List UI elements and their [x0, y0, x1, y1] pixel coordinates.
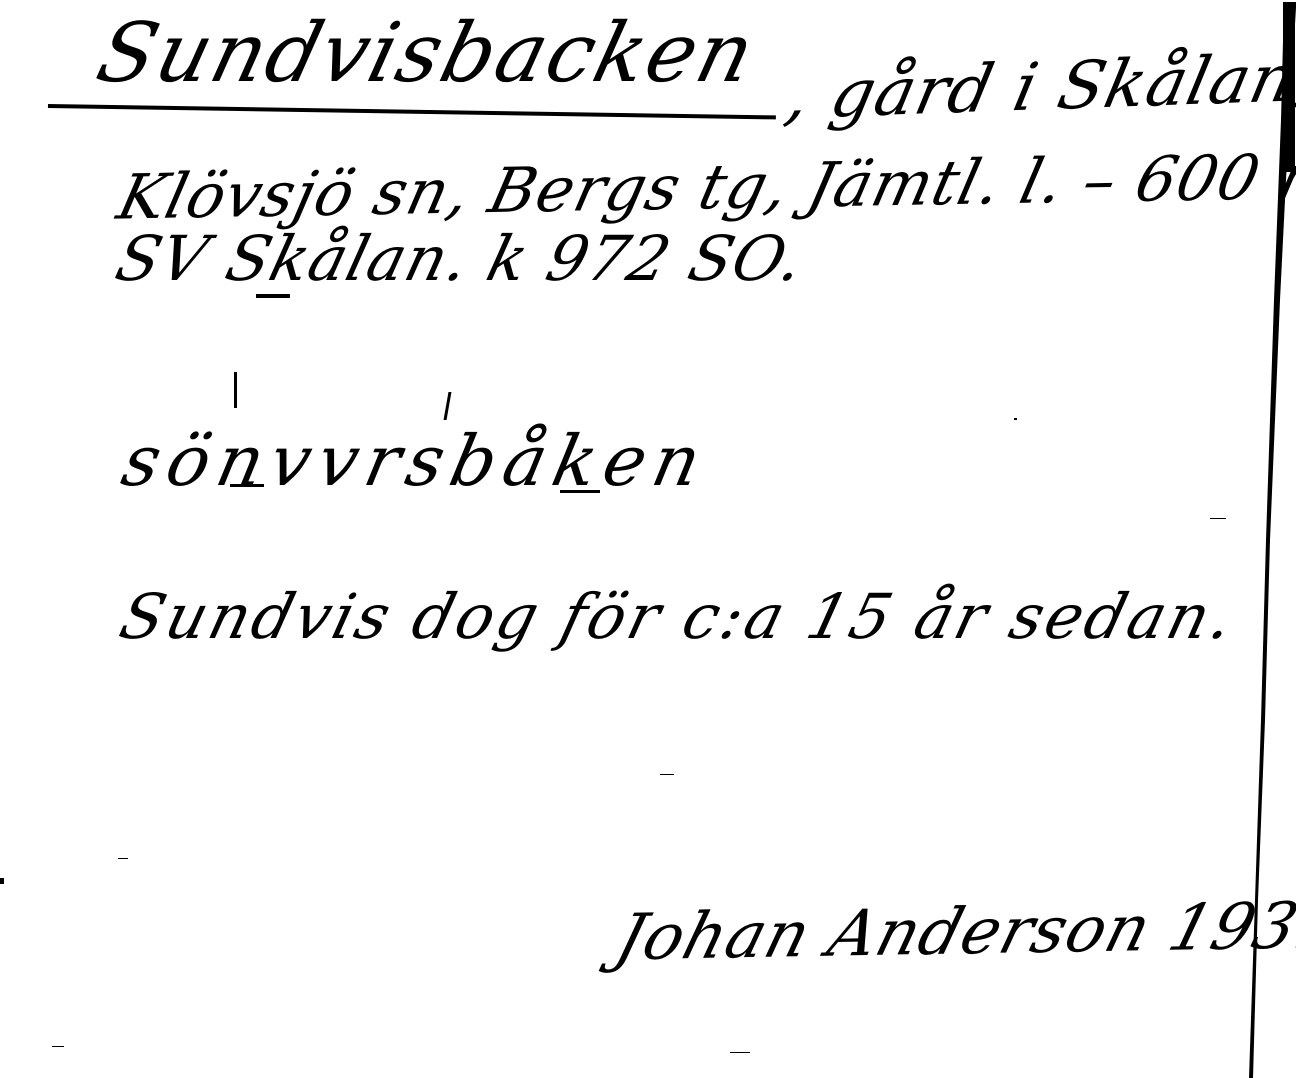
phonetic-underline-n	[230, 484, 264, 487]
informant-note: Sundvis dog för c:a 15 år sedan.	[113, 580, 1244, 653]
scan-speck	[0, 878, 4, 884]
scan-speck	[52, 1046, 64, 1047]
scan-speck	[660, 774, 674, 775]
location-text-line3: SV Skålan. k 972 SO.	[109, 222, 812, 295]
collector-signature: Johan Anderson 1931.	[608, 889, 1296, 976]
headword: Sundvisbacken	[88, 6, 765, 101]
stress-underline-mark	[256, 294, 290, 298]
scan-speck	[118, 858, 128, 859]
scan-speck	[1210, 518, 1226, 519]
accent-mark	[234, 372, 237, 408]
archive-card: Sundvisbacken , gård i Skålan, Klövsjö s…	[0, 0, 1296, 1078]
scan-speck	[1014, 418, 1017, 420]
phonetic-underline-k	[560, 490, 600, 493]
scan-speck	[730, 1052, 750, 1053]
phonetic-transcription: sönvvrsbåken	[115, 420, 716, 502]
